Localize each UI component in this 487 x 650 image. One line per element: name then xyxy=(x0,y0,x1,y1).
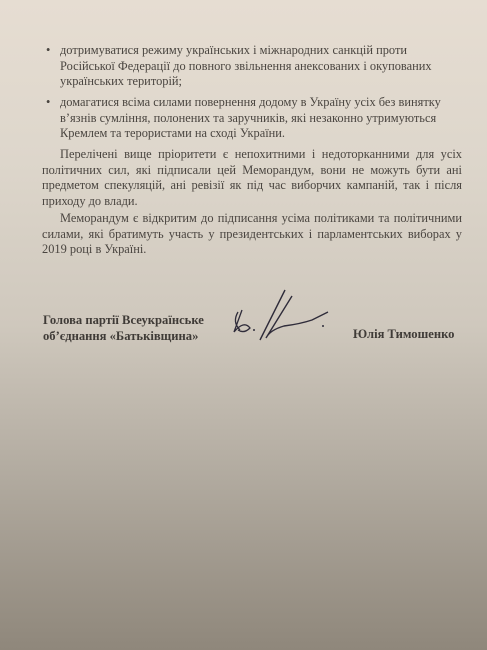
bullet-item: • дотримуватися режиму українських і між… xyxy=(60,43,460,90)
document-page: • дотримуватися режиму українських і між… xyxy=(0,0,487,650)
bullet-text: домагатися всіма силами повернення додом… xyxy=(60,95,441,140)
paragraph: Меморандум є відкритим до підписання усі… xyxy=(42,211,462,258)
title-line: об’єднання «Батьківщина» xyxy=(43,329,204,345)
signatory-name: Юлія Тимошенко xyxy=(353,327,454,342)
bullet-item: • домагатися всіма силами повернення дод… xyxy=(60,95,460,142)
signatory-title: Голова партії Всеукраїнське об’єднання «… xyxy=(43,313,204,344)
bullet-text: дотримуватися режиму українських і міжна… xyxy=(60,43,432,88)
title-line: Голова партії Всеукраїнське xyxy=(43,313,204,329)
bullet-icon: • xyxy=(46,43,50,59)
bullet-icon: • xyxy=(46,95,50,111)
handwritten-signature-icon xyxy=(230,282,340,347)
paragraph: Перелічені вище пріоритети є непохитними… xyxy=(42,147,462,209)
